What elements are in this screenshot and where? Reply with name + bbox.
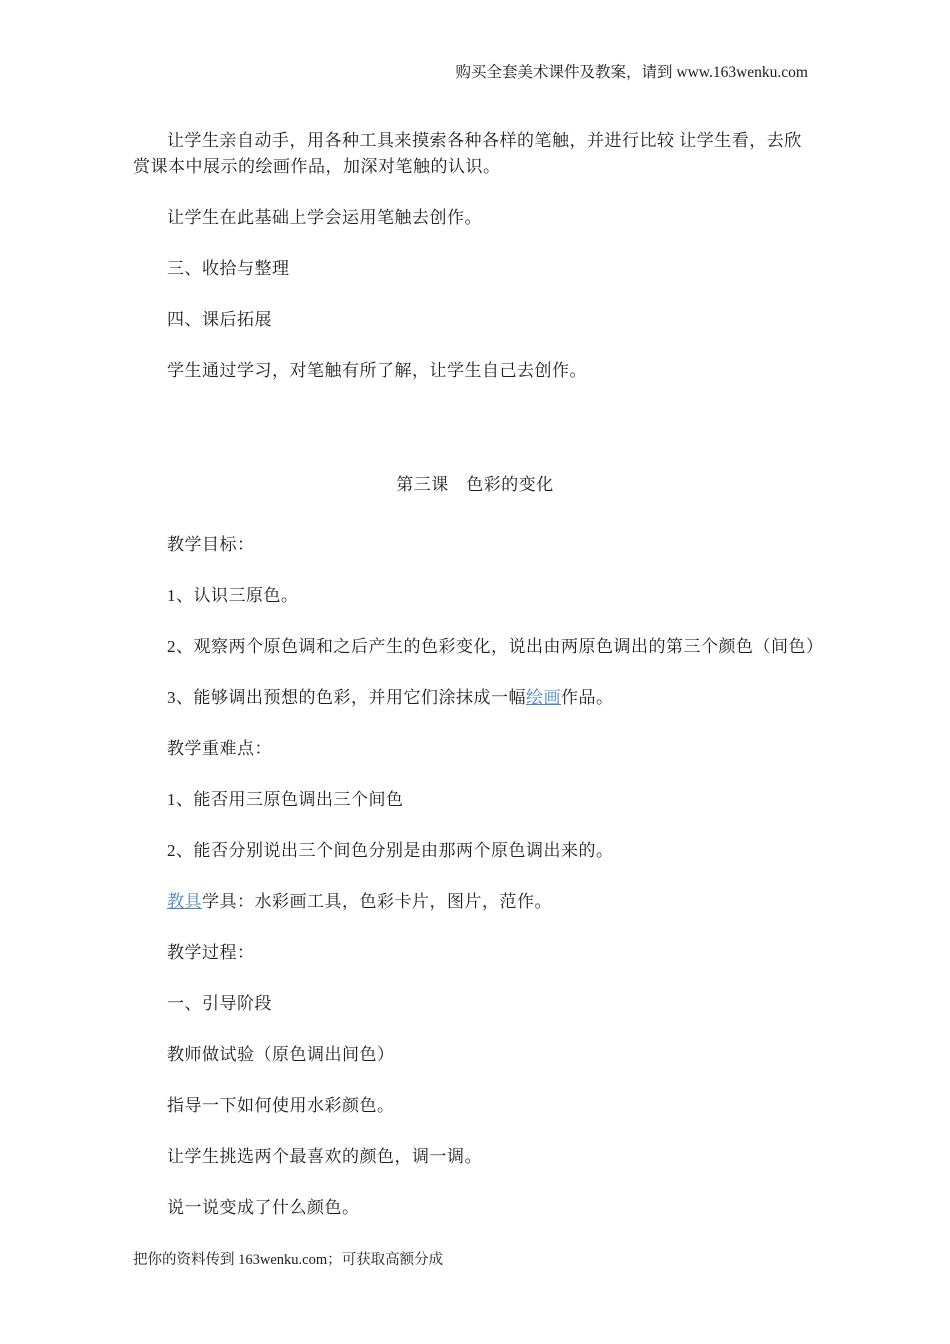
paragraph-step-pick: 让学生挑选两个最喜欢的颜色，调一调。 bbox=[133, 1144, 817, 1170]
section-heading-cleanup: 三、收拾与整理 bbox=[133, 256, 817, 282]
document-page: 购买全套美术课件及教案，请到 www.163wenku.com 让学生亲自动手，… bbox=[0, 0, 950, 1344]
paragraph-materials: 教具学具：水彩画工具，色彩卡片，图片，范作。 bbox=[133, 889, 817, 915]
paragraph-summary: 学生通过学习，对笔触有所了解，让学生自己去创作。 bbox=[133, 358, 817, 384]
footer-promo-text: 把你的资料传到 163wenku.com；可获取高额分成 bbox=[133, 1250, 443, 1270]
jiaoju-link[interactable]: 教具 bbox=[167, 892, 202, 911]
paragraph-brush-practice: 让学生亲自动手，用各种工具来摸索各种各样的笔触，并进行比较 让学生看，去欣赏课本… bbox=[133, 128, 817, 180]
paragraph-brush-create: 让学生在此基础上学会运用笔触去创作。 bbox=[133, 205, 817, 231]
heading-teaching-process: 教学过程： bbox=[133, 940, 817, 966]
paragraph-step-guide: 指导一下如何使用水彩颜色。 bbox=[133, 1093, 817, 1119]
heading-teaching-goals: 教学目标： bbox=[133, 532, 817, 558]
paragraph-goal-1: 1、认识三原色。 bbox=[133, 583, 817, 609]
header-promo-text: 购买全套美术课件及教案，请到 www.163wenku.com bbox=[0, 62, 808, 84]
heading-stage-1: 一、引导阶段 bbox=[133, 991, 817, 1017]
paragraph-step-demo: 教师做试验（原色调出间色） bbox=[133, 1042, 817, 1068]
document-body: 让学生亲自动手，用各种工具来摸索各种各样的笔触，并进行比较 让学生看，去欣赏课本… bbox=[133, 128, 817, 1246]
materials-text: 学具：水彩画工具，色彩卡片，图片，范作。 bbox=[202, 892, 552, 911]
lesson-title: 第三课 色彩的变化 bbox=[133, 472, 817, 498]
paragraph-difficulty-2: 2、能否分别说出三个间色分别是由那两个原色调出来的。 bbox=[133, 838, 817, 864]
paragraph-goal-2: 2、观察两个原色调和之后产生的色彩变化，说出由两原色调出的第三个颜色（间色） bbox=[133, 634, 817, 660]
paragraph-difficulty-1: 1、能否用三原色调出三个间色 bbox=[133, 787, 817, 813]
paragraph-step-tell: 说一说变成了什么颜色。 bbox=[133, 1195, 817, 1221]
goal-3-text-prefix: 3、能够调出预想的色彩，并用它们涂抹成一幅 bbox=[167, 688, 526, 707]
section-heading-extension: 四、课后拓展 bbox=[133, 307, 817, 333]
goal-3-text-suffix: 作品。 bbox=[561, 688, 614, 707]
huihua-link[interactable]: 绘画 bbox=[526, 688, 561, 707]
paragraph-goal-3: 3、能够调出预想的色彩，并用它们涂抹成一幅绘画作品。 bbox=[133, 685, 817, 711]
heading-key-difficulties: 教学重难点： bbox=[133, 736, 817, 762]
